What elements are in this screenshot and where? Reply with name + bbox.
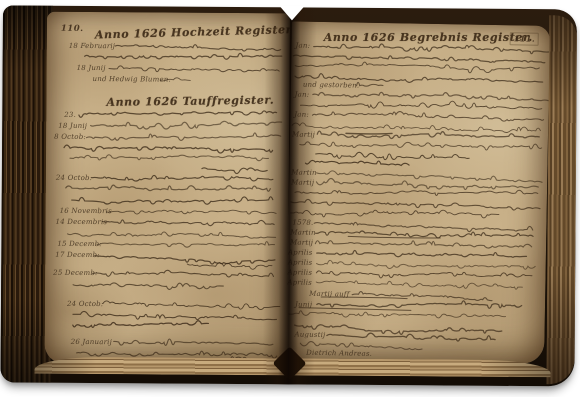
handwriting-line [295, 61, 539, 74]
right-page: Jan:und gestorben.Jan:Jan:MartijMartinMa… [286, 21, 550, 363]
handwriting-line [357, 82, 383, 86]
handwriting-line [352, 291, 492, 300]
handwriting-underline [299, 308, 411, 311]
handwriting-prefix: 24 Octob: [55, 174, 93, 182]
book-gutter [262, 7, 317, 384]
handwriting-prefix: 24 Octob: [66, 300, 104, 308]
handwriting-strikethrough [346, 133, 392, 135]
handwriting-line [317, 129, 539, 141]
handwriting-line [300, 99, 541, 112]
heading-burial-register: Anno 1626 Begrebnis Register. [324, 31, 533, 44]
handwriting-line [316, 280, 522, 289]
handwriting-underline [348, 236, 440, 238]
handwriting-prefix: 18 Februarij [69, 42, 116, 50]
handwriting-line [315, 239, 531, 249]
handwriting-line [102, 219, 274, 226]
handwriting-prefix: 16 Novembris [60, 207, 113, 215]
handwriting-line [97, 240, 275, 247]
handwriting-line [317, 249, 527, 259]
handwriting-line [66, 185, 271, 192]
handwriting-line [295, 186, 538, 197]
handwriting-line [114, 339, 273, 347]
handwriting-line [316, 152, 470, 162]
handwriting-line [93, 270, 274, 278]
handwriting-prefix: 18 Junij [77, 64, 107, 72]
handwriting-line [316, 270, 532, 281]
handwriting-line [292, 123, 540, 133]
handwriting-prefix: und Hedwig Blumen. [93, 75, 171, 84]
left-page-handwriting: 18 Februarij18 Junijund Hedwig Blumen.23… [45, 12, 290, 366]
handwriting-prefix: 8 Octob: [54, 133, 86, 141]
handwriting-prefix: 26 Januarij [70, 338, 113, 346]
handwriting-line [187, 263, 272, 270]
handwriting-line [295, 324, 502, 336]
handwriting-line [92, 175, 273, 182]
handwriting-line [72, 195, 273, 205]
handwriting-line [106, 209, 276, 215]
handwriting-line [103, 301, 280, 310]
handwriting-line [202, 168, 267, 174]
handwriting-line [289, 311, 506, 320]
handwriting-prefix: 14 Decembris [56, 218, 108, 226]
handwriting-line [312, 110, 543, 122]
handwriting-prefix: 23. [63, 111, 76, 119]
photo-open-manuscript-register: 18 Februarij18 Junijund Hedwig Blumen.23… [0, 0, 580, 397]
book: 18 Februarij18 Junijund Hedwig Blumen.23… [0, 5, 577, 386]
handwriting-line [291, 199, 540, 210]
handwriting-line [313, 90, 549, 100]
handwriting-prefix: Dietrich Andreas. [305, 349, 372, 358]
handwriting-line [95, 256, 275, 265]
handwriting-line [327, 332, 495, 341]
right-page-handwriting: Jan:und gestorben.Jan:Jan:MartijMartinMa… [286, 21, 550, 363]
handwriting-line [115, 44, 280, 51]
heading-baptism-register: Anno 1626 Tauffregister. [106, 94, 274, 109]
handwriting-line [73, 311, 277, 320]
handwriting-prefix: 18 Junij [58, 122, 88, 130]
handwriting-line [91, 120, 282, 130]
page-number-right: 111. [510, 32, 540, 46]
handwriting-line [293, 54, 545, 63]
handwriting-line [109, 66, 279, 73]
handwriting-prefix: 15 Decemb: [57, 240, 101, 248]
page-number-left: 110. [61, 24, 84, 34]
handwriting-line [79, 110, 277, 119]
left-page: 18 Februarij18 Junijund Hedwig Blumen.23… [45, 12, 290, 366]
handwriting-line [67, 231, 275, 238]
handwriting-line [73, 320, 209, 328]
handwriting-line [317, 171, 543, 183]
handwriting-line [85, 52, 282, 60]
handwriting-line [73, 282, 223, 289]
page-number-box: 111. [510, 32, 540, 46]
handwriting-line [70, 154, 268, 161]
handwriting-prefix: 17 Decemb: [55, 251, 99, 259]
handwriting-line [300, 140, 542, 151]
handwriting-line [87, 132, 281, 142]
book-fore-edge-right [546, 15, 577, 384]
handwriting-line [314, 222, 533, 233]
handwriting-line [305, 160, 409, 166]
handwriting-line [64, 145, 273, 153]
handwriting-line [291, 208, 499, 220]
handwriting-line [316, 260, 535, 271]
handwriting-prefix: 25 Decemb: [52, 269, 97, 277]
